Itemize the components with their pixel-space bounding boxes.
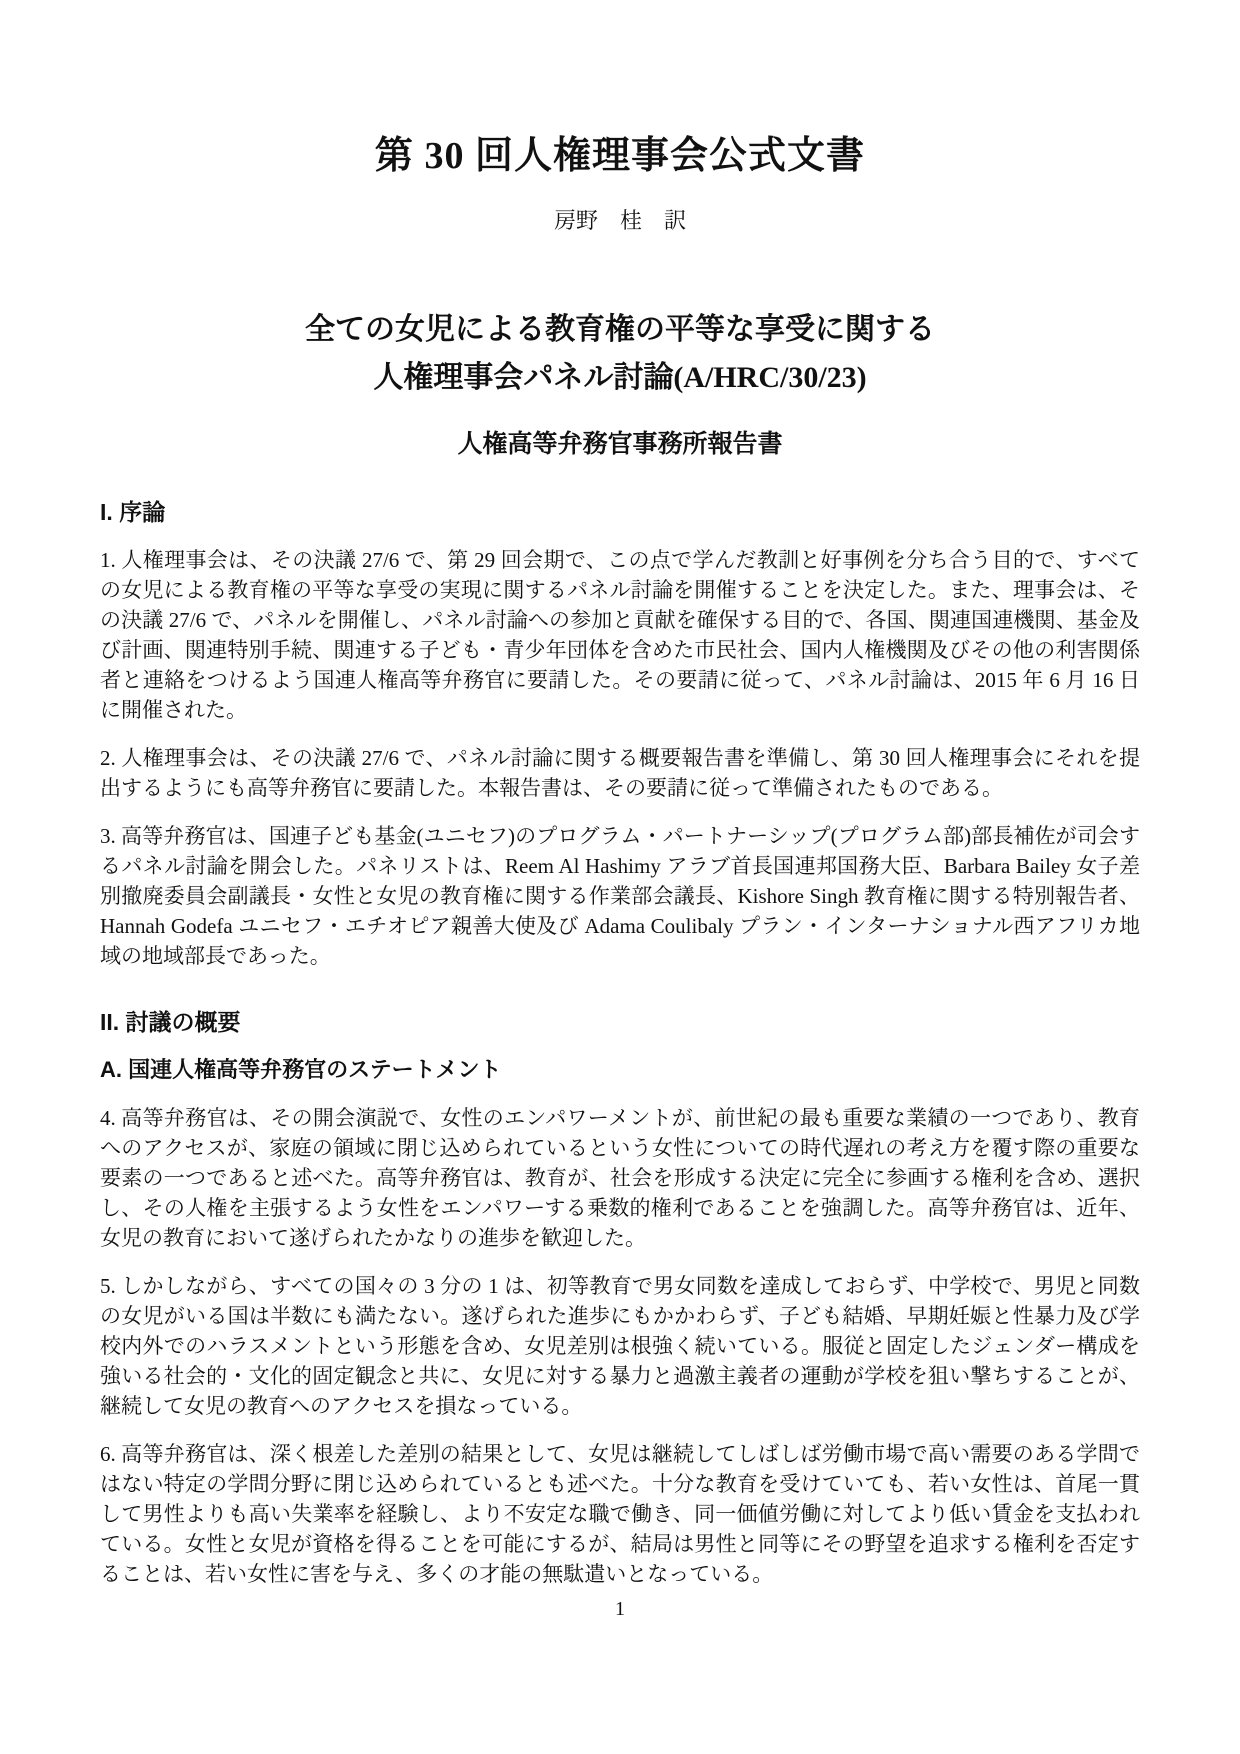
paragraph-6: 6. 高等弁務官は、深く根差した差別の結果として、女児は継続してしばしば労働市場… <box>100 1439 1140 1589</box>
document-subtitle: 全ての女児による教育権の平等な享受に関する 人権理事会パネル討論(A/HRC/3… <box>100 306 1140 402</box>
document-body: I. 序論 1. 人権理事会は、その決議 27/6 で、第 29 回会期で、この… <box>100 497 1140 1589</box>
paragraph-5: 5. しかしながら、すべての国々の 3 分の 1 は、初等教育で男女同数を達成し… <box>100 1271 1140 1421</box>
section-heading-introduction: I. 序論 <box>100 497 1140 527</box>
paragraph-4: 4. 高等弁務官は、その開会演説で、女性のエンパワーメントが、前世紀の最も重要な… <box>100 1103 1140 1253</box>
paragraph-2: 2. 人権理事会は、その決議 27/6 で、パネル討論に関する概要報告書を準備し… <box>100 743 1140 803</box>
paragraph-3: 3. 高等弁務官は、国連子ども基金(ユニセフ)のプログラム・パートナーシップ(プ… <box>100 821 1140 971</box>
subtitle-line-1: 全ての女児による教育権の平等な享受に関する <box>305 313 935 346</box>
paragraph-1: 1. 人権理事会は、その決議 27/6 で、第 29 回会期で、この点で学んだ教… <box>100 545 1140 725</box>
document-page: 第 30 回人権理事会公式文書 房野 桂 訳 全ての女児による教育権の平等な享受… <box>0 0 1240 1754</box>
report-title: 人権高等弁務官事務所報告書 <box>100 428 1140 461</box>
translator-line: 房野 桂 訳 <box>100 206 1140 236</box>
document-title: 第 30 回人権理事会公式文書 <box>100 0 1140 180</box>
subsection-heading-high-commissioner-statement: A. 国連人権高等弁務官のステートメント <box>100 1055 1140 1085</box>
section-heading-summary-of-discussion: II. 討議の概要 <box>100 1007 1140 1037</box>
subtitle-line-2: 人権理事会パネル討論(A/HRC/30/23) <box>373 361 866 394</box>
page-number: 1 <box>0 1596 1240 1622</box>
